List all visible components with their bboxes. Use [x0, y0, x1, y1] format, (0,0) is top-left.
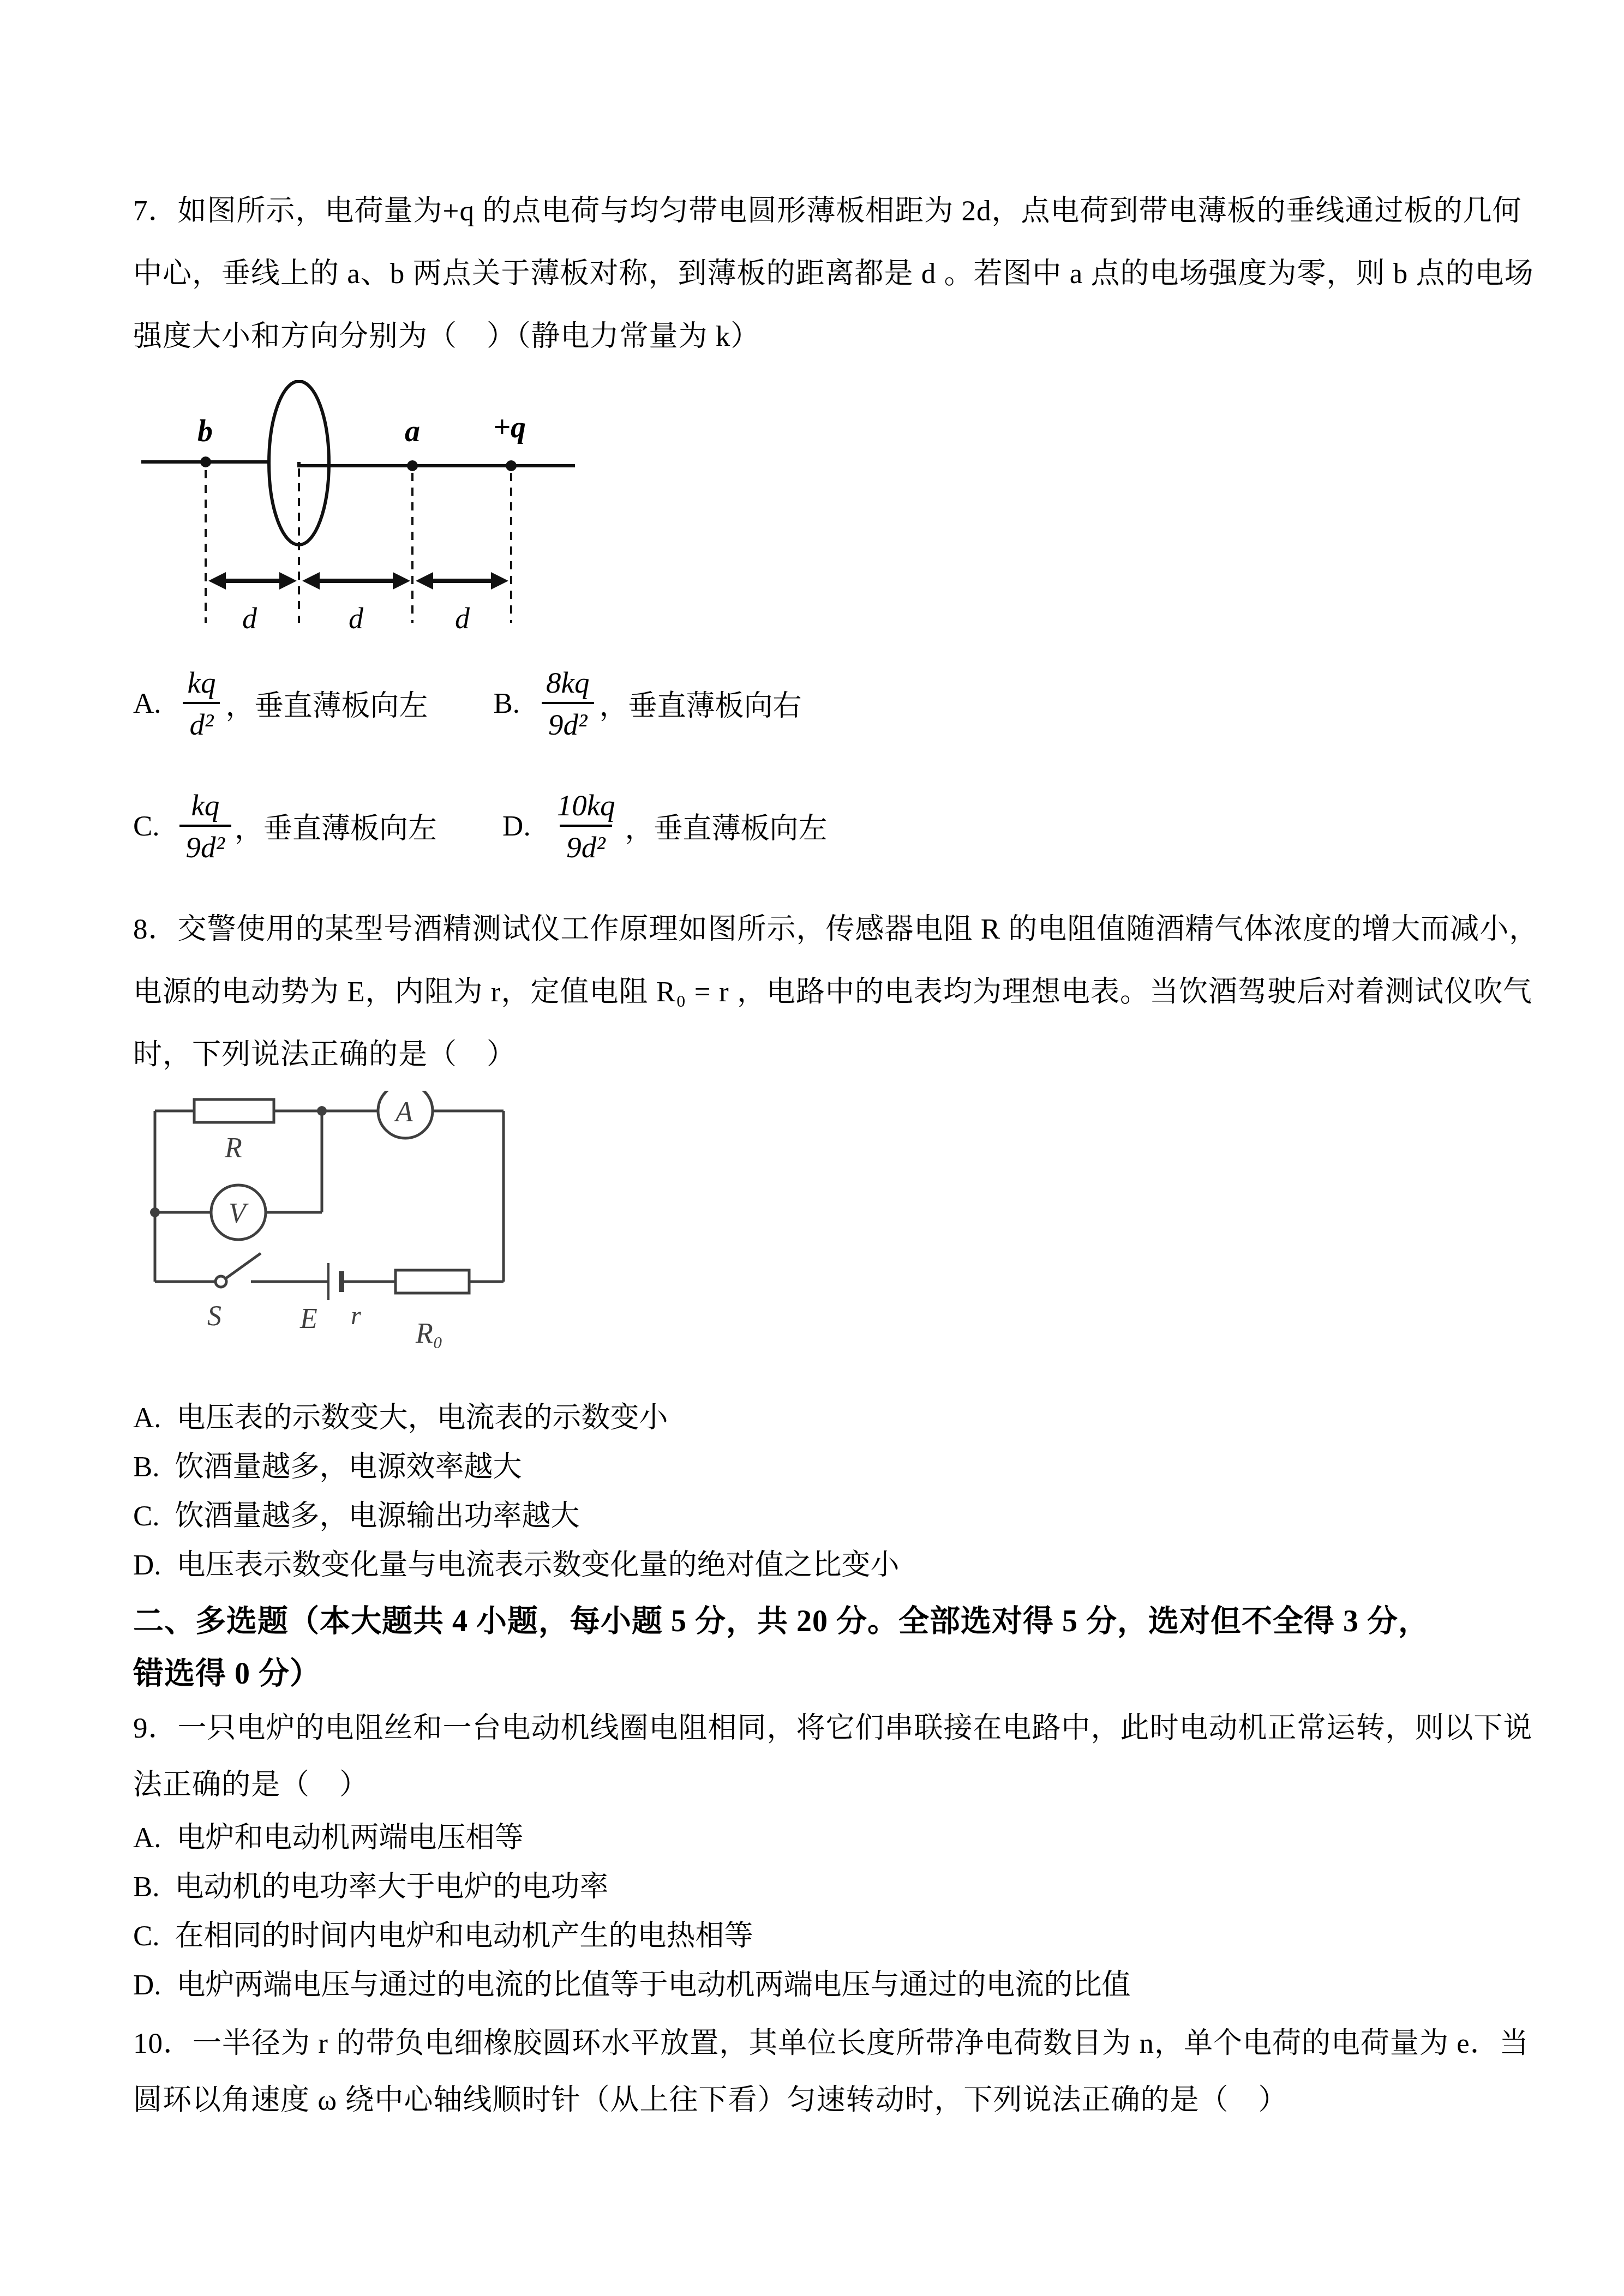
q7-line-3: 强度大小和方向分别为（ ）（静电力常量为 k） [133, 305, 1515, 368]
question-8: 8．交警使用的某型号酒精测试仪工作原理如图所示，传感器电阻 R 的电阻值随酒精气… [133, 898, 1515, 1590]
resistor-R0 [395, 1270, 469, 1293]
q7-option-a-fraction: kq d² [181, 668, 223, 740]
q7-options-row-1: A. kq d² ，垂直薄板向左 B. 8kq 9d² ，垂直薄板向右 [133, 647, 1515, 759]
section-2-header-line-2: 错选得 0 分） [133, 1648, 1515, 1700]
battery-E-label: E [299, 1303, 317, 1335]
q7-option-b-text: ，垂直薄板向右 [599, 683, 801, 724]
point-a-label: a [405, 414, 420, 448]
q8-line-2: 电源的电动势为 E，内阻为 r，定值电阻 R₀ = r ，电路中的电表均为理想电… [133, 961, 1515, 1024]
q7-option-b: B. 8kq 9d² ，垂直薄板向右 [493, 668, 801, 740]
question-9: 9．一只电炉的电阻丝和一台电动机线圈电阻相同，将它们串联接在电路中，此时电动机正… [133, 1700, 1515, 2010]
q9-line-2: 法正确的是（ ） [133, 1757, 1515, 1813]
q7-option-b-fraction: 8kq 9d² [540, 668, 596, 740]
distance-d1-label: d [242, 602, 257, 635]
charge-q-dot [506, 460, 517, 471]
resistor-R [194, 1099, 274, 1122]
switch-pivot [215, 1276, 226, 1287]
q8-option-c: C. 饮酒量越多，电源输出功率越大 [133, 1492, 1515, 1541]
resistor-R0-label: R₀ [415, 1318, 443, 1349]
q10-line-2: 圆环以角速度 ω 绕中心轴线顺时针（从上往下看）匀速转动时，下列说法正确的是（ … [133, 2072, 1515, 2129]
q7-option-a-text: ，垂直薄板向左 [225, 683, 428, 724]
distance-d2-label: d [349, 602, 364, 635]
charge-plate-figure: b a +q d d d [133, 380, 635, 636]
resistor-R-label: R [224, 1133, 242, 1164]
battery-r-label: r [351, 1301, 361, 1330]
point-b-label: b [197, 414, 213, 448]
q7-option-d-fraction: 10kq 9d² [550, 790, 622, 862]
breathalyzer-circuit-figure: R A V S E r R₀ [136, 1091, 616, 1388]
q9-option-a: A. 电炉和电动机两端电压相等 [133, 1813, 1515, 1862]
q7-option-a-label: A. [133, 687, 161, 720]
voltmeter-label: V [229, 1198, 249, 1229]
section-2-header: 二、多选题（本大题共 4 小题，每小题 5 分，共 20 分。全部选对得 5 分… [133, 1595, 1515, 1700]
junction-dot-top [317, 1106, 327, 1116]
q8-line-1: 8．交警使用的某型号酒精测试仪工作原理如图所示，传感器电阻 R 的电阻值随酒精气… [133, 898, 1515, 961]
q7-option-d-text: ，垂直薄板向左 [625, 806, 828, 847]
ammeter-label: A [394, 1097, 413, 1128]
q7-option-c: C. kq 9d² ，垂直薄板向左 [133, 790, 437, 862]
q9-option-b: B. 电动机的电功率大于电炉的电功率 [133, 1862, 1515, 1912]
junction-dot-left [150, 1207, 160, 1217]
q7-line-2: 中心，垂线上的 a、b 两点关于薄板对称，到薄板的距离都是 d 。若图中 a 点… [133, 243, 1515, 305]
q7-option-a: A. kq d² ，垂直薄板向左 [133, 668, 428, 740]
charge-q-label: +q [493, 411, 526, 444]
q10-line-1: 10．一半径为 r 的带负电细橡胶圆环水平放置，其单位长度所带净电荷数目为 n，… [133, 2015, 1515, 2072]
q8-option-d: D. 电压表示数变化量与电流表示数变化量的绝对值之比变小 [133, 1541, 1515, 1590]
q7-option-c-fraction: kq 9d² [179, 790, 232, 862]
q7-option-d-label: D. [502, 810, 531, 843]
point-a-dot [407, 460, 418, 471]
q8-options: A. 电压表的示数变大，电流表的示数变小 B. 饮酒量越多，电源效率越大 C. … [133, 1393, 1515, 1590]
q7-options-row-2: C. kq 9d² ，垂直薄板向左 D. 10kq 9d² ，垂直薄板向左 [133, 770, 1515, 882]
switch-lever [226, 1253, 261, 1278]
q9-option-d: D. 电炉两端电压与通过的电流的比值等于电动机两端电压与通过的电流的比值 [133, 1961, 1515, 2010]
distance-arrows [208, 572, 508, 590]
axis-line-right [299, 462, 575, 466]
section-2-header-line-1: 二、多选题（本大题共 4 小题，每小题 5 分，共 20 分。全部选对得 5 分… [133, 1595, 1515, 1648]
q8-option-a: A. 电压表的示数变大，电流表的示数变小 [133, 1393, 1515, 1442]
switch-S-label: S [207, 1301, 221, 1332]
question-10: 10．一半径为 r 的带负电细橡胶圆环水平放置，其单位长度所带净电荷数目为 n，… [133, 2015, 1515, 2129]
q7-option-d: D. 10kq 9d² ，垂直薄板向左 [502, 790, 827, 862]
q7-option-c-text: ，垂直薄板向左 [235, 806, 437, 847]
q9-line-1: 9．一只电炉的电阻丝和一台电动机线圈电阻相同，将它们串联接在电路中，此时电动机正… [133, 1700, 1515, 1757]
q8-option-b: B. 饮酒量越多，电源效率越大 [133, 1442, 1515, 1492]
q7-option-b-label: B. [493, 687, 520, 720]
point-b-dot [200, 456, 211, 467]
question-7: 7．如图所示，电荷量为+q 的点电荷与均匀带电圆形薄板相距为 2d，点电荷到带电… [133, 180, 1515, 882]
q7-option-c-label: C. [133, 810, 160, 843]
q8-line-3: 时，下列说法正确的是（ ） [133, 1024, 1515, 1086]
exam-page: 7．如图所示，电荷量为+q 的点电荷与均匀带电圆形薄板相距为 2d，点电荷到带电… [0, 0, 1624, 2296]
q9-options: A. 电炉和电动机两端电压相等 B. 电动机的电功率大于电炉的电功率 C. 在相… [133, 1813, 1515, 2010]
distance-d3-label: d [455, 602, 470, 635]
q7-line-1: 7．如图所示，电荷量为+q 的点电荷与均匀带电圆形薄板相距为 2d，点电荷到带电… [133, 180, 1515, 243]
q9-option-c: C. 在相同的时间内电炉和电动机产生的电热相等 [133, 1912, 1515, 1961]
